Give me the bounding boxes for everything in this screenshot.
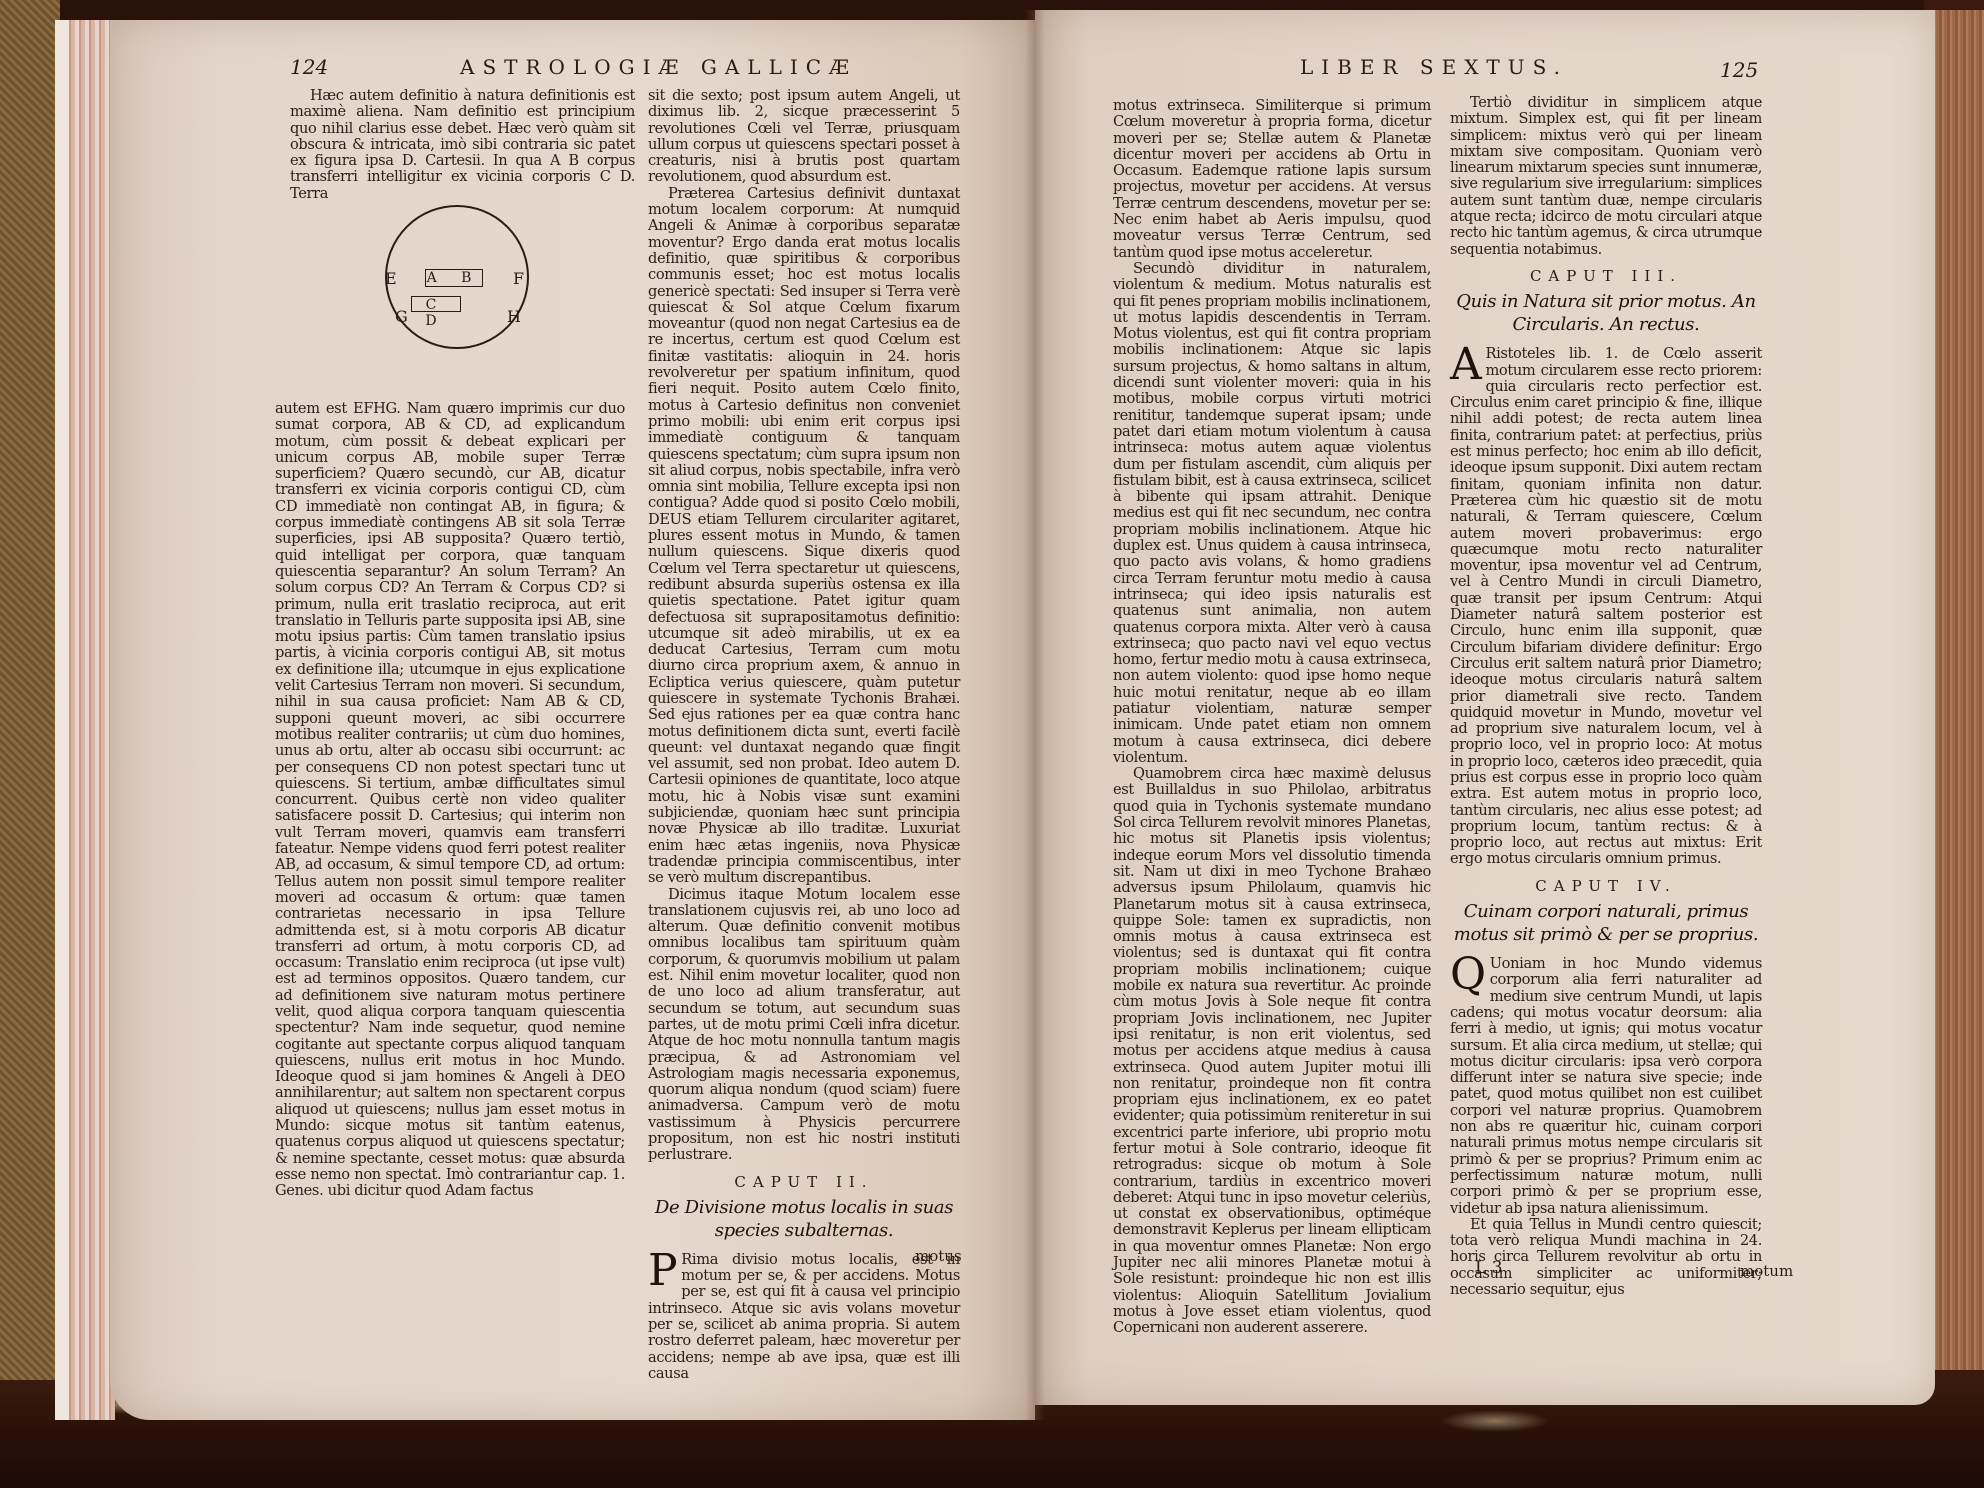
figure-box-cd: C D	[411, 296, 461, 312]
figure-label-f: F	[513, 269, 524, 288]
page-number-left: 124	[290, 55, 328, 79]
chapter-heading: CAPUT II.	[648, 1174, 960, 1190]
paragraph: Hæc autem definitio à natura definitioni…	[290, 88, 635, 202]
paragraph: autem est EFHG. Nam quæro imprimis cur d…	[275, 401, 625, 1200]
paragraph: motus extrinseca. Similiterque si primum…	[1113, 98, 1431, 261]
paragraph: ARistoteles lib. 1. de Cœlo asserit motu…	[1450, 346, 1762, 868]
chapter-title: De Divisione motus localis in suas speci…	[648, 1196, 960, 1242]
table-glare	[1440, 1410, 1550, 1432]
chapter-title: Cuinam corpori naturali, primus motus si…	[1450, 900, 1762, 946]
paragraph: Dicimus itaque Motum localem esse transl…	[648, 887, 960, 1164]
paragraph-text: Uoniam in hoc Mundo videmus corporum ali…	[1450, 955, 1762, 1216]
paragraph: Tertiò dividitur in simplicem atque mixt…	[1450, 95, 1762, 258]
paragraph-text: Rima divisio motus localis, est in motum…	[648, 1251, 960, 1382]
right-col1: motus extrinseca. Similiterque si primum…	[1113, 98, 1431, 1337]
paragraph: Secundò dividitur in naturalem, violentu…	[1113, 261, 1431, 766]
left-col1-top: Hæc autem definitio à natura definitioni…	[290, 88, 635, 202]
paragraph: Præterea Cartesius definivit duntaxat mo…	[648, 186, 960, 887]
page-number-right: 125	[1720, 58, 1758, 82]
left-col2: sit die sexto; post ipsum autem Angeli, …	[648, 88, 960, 1382]
running-head-right: LIBER SEXTUS.	[1300, 55, 1568, 79]
paragraph-text: Ristoteles lib. 1. de Cœlo asserit motum…	[1450, 345, 1762, 867]
chapter-title: Quis in Natura sit prior motus. An Circu…	[1450, 290, 1762, 336]
left-flyleaf	[55, 20, 69, 1420]
book-gutter	[1025, 10, 1045, 1420]
figure-label-h: H	[507, 307, 521, 326]
signature-mark: L 3	[1475, 1258, 1503, 1278]
paragraph: QUoniam in hoc Mundo videmus corporum al…	[1450, 956, 1762, 1217]
left-page-block-edge	[55, 20, 115, 1420]
figure-box-ab: A B	[425, 269, 483, 287]
catchword-right: motum	[1740, 1262, 1793, 1280]
figure-label-g: G	[395, 307, 408, 326]
figure-label-e: E	[385, 269, 397, 288]
drop-cap: Q	[1450, 957, 1490, 993]
drop-cap: A	[1450, 347, 1485, 383]
paragraph: Quamobrem circa hæc maximè delusus est B…	[1113, 766, 1431, 1336]
paragraph: sit die sexto; post ipsum autem Angeli, …	[648, 88, 960, 186]
running-head-left: ASTROLOGIÆ GALLICÆ	[460, 55, 857, 79]
chapter-heading: CAPUT IV.	[1450, 878, 1762, 894]
descartes-motion-diagram: E F G H A B C D	[385, 205, 529, 349]
left-col1-bottom: autem est EFHG. Nam quæro imprimis cur d…	[275, 401, 625, 1200]
drop-cap: P	[648, 1253, 681, 1289]
chapter-heading: CAPUT III.	[1450, 268, 1762, 284]
right-col2: Tertiò dividitur in simplicem atque mixt…	[1450, 95, 1762, 1298]
catchword-left: motus	[915, 1247, 962, 1265]
fabric-background	[0, 0, 60, 1400]
paragraph: PRima divisio motus localis, est in motu…	[648, 1252, 960, 1382]
